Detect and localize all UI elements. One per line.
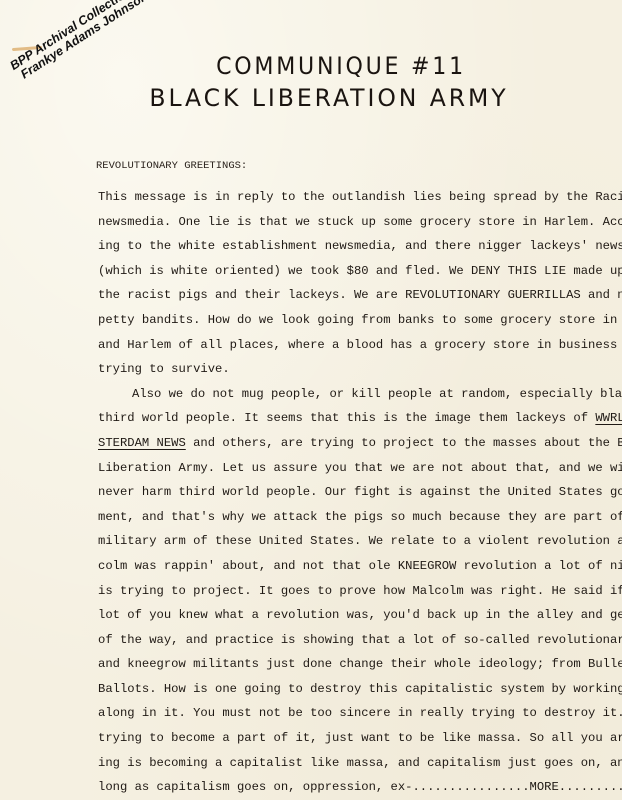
- text-line: lot of you knew what a revolution was, y…: [98, 603, 598, 628]
- text-line: (which is white oriented) we took $80 an…: [98, 259, 598, 284]
- text-line: the racist pigs and their lackeys. We ar…: [98, 283, 598, 308]
- salutation: REVOLUTIONARY GREETINGS:: [96, 160, 247, 172]
- text-line: long as capitalism goes on, oppression, …: [98, 775, 598, 800]
- text-line: ing to the white establishment newsmedia…: [98, 234, 598, 259]
- text-line: ment, and that's why we attack the pigs …: [98, 505, 598, 530]
- text-line: of the way, and practice is showing that…: [98, 628, 598, 653]
- text-line: trying to become a part of it, just want…: [98, 726, 598, 751]
- text-line: is trying to project. It goes to prove h…: [98, 579, 598, 604]
- text-line: colm was rappin' about, and not that ole…: [98, 554, 598, 579]
- document-page: BPP Archival Collection of Frankye Adams…: [0, 0, 622, 800]
- text-line: along in it. You must not be too sincere…: [98, 701, 598, 726]
- text-line: third world people. It seems that this i…: [98, 406, 598, 431]
- text-line: Ballots. How is one going to destroy thi…: [98, 677, 598, 702]
- text-line: never harm third world people. Our fight…: [98, 480, 598, 505]
- text-line: petty bandits. How do we look going from…: [98, 308, 598, 333]
- text-line: trying to survive.: [98, 357, 598, 382]
- text-line: newsmedia. One lie is that we stuck up s…: [98, 210, 598, 235]
- document-title: COMMUNIQUE #11: [55, 52, 622, 80]
- text-line: STERDAM NEWS and others, are trying to p…: [98, 431, 598, 456]
- text-segment: third world people. It seems that this i…: [98, 411, 595, 425]
- text-line: military arm of these United States. We …: [98, 529, 598, 554]
- body-text: This message is in reply to the outlandi…: [98, 185, 598, 800]
- text-line: This message is in reply to the outlandi…: [98, 185, 598, 210]
- document-subtitle: BLACK LIBERATION ARMY: [24, 84, 622, 112]
- text-line: and kneegrow militants just done change …: [98, 652, 598, 677]
- text-line: ing is becoming a capitalist like massa,…: [98, 751, 598, 776]
- paragraph-2-start: Also we do not mug people, or kill peopl…: [98, 382, 598, 407]
- underlined-name: STERDAM NEWS: [98, 436, 186, 450]
- text-segment: and others, are trying to project to the…: [186, 436, 622, 450]
- text-line: Liberation Army. Let us assure you that …: [98, 456, 598, 481]
- text-line: and Harlem of all places, where a blood …: [98, 333, 598, 358]
- underlined-name: WWRL, AM-: [595, 411, 622, 425]
